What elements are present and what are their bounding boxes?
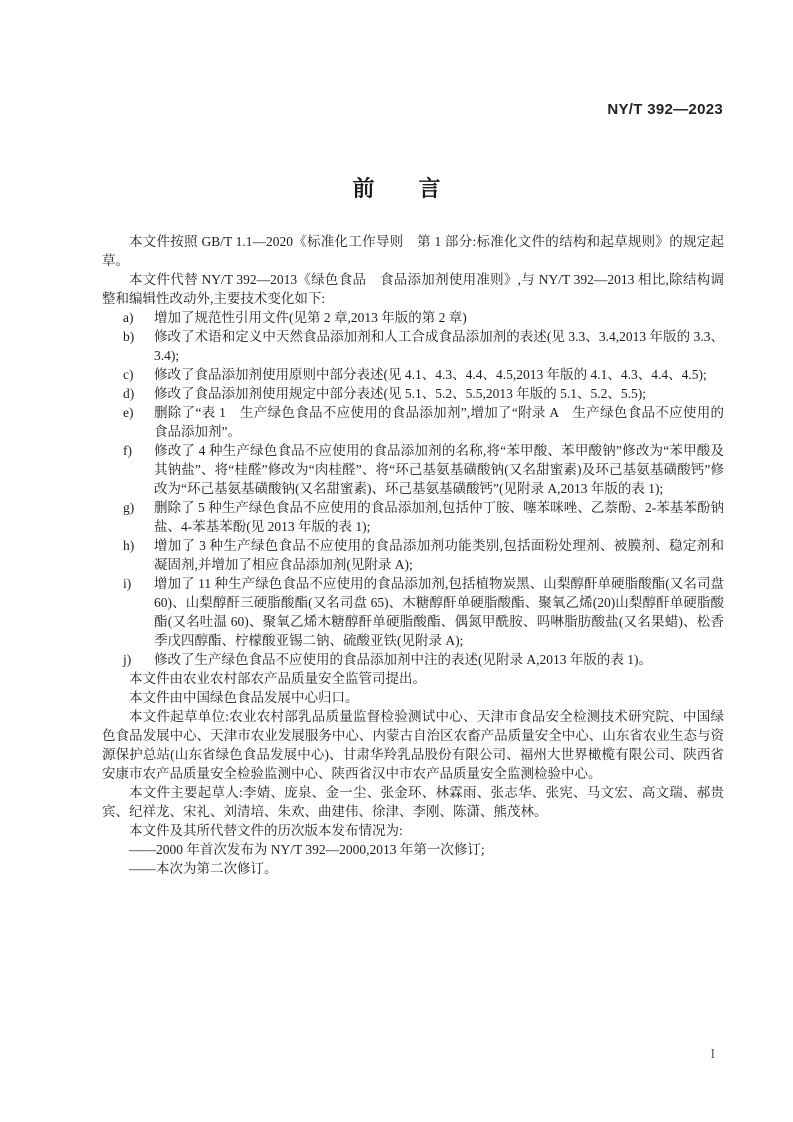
change-item-b: b) 修改了术语和定义中天然食品添加剂和人工合成食品添加剂的表述(见 3.3、3… bbox=[102, 327, 724, 365]
history-intro-paragraph: 本文件及其所代替文件的历次版本发布情况为: bbox=[102, 821, 724, 840]
change-item-marker: h) bbox=[123, 536, 134, 555]
change-item-text: 修改了食品添加剂使用规定中部分表述(见 5.1、5.2、5.5,2013 年版的… bbox=[154, 386, 646, 401]
change-item-text: 增加了 11 种生产绿色食品不应使用的食品添加剂,包括植物炭黑、山梨醇酐单硬脂酸… bbox=[154, 576, 724, 648]
centralized-by-paragraph: 本文件由中国绿色食品发展中心归口。 bbox=[102, 688, 724, 707]
proposed-by-paragraph: 本文件由农业农村部农产品质量安全监管司提出。 bbox=[102, 669, 724, 688]
document-page: NY/T 392—2023 前 言 本文件按照 GB/T 1.1—2020《标准… bbox=[0, 0, 793, 1122]
intro-paragraph: 本文件按照 GB/T 1.1—2020《标准化工作导则 第 1 部分:标准化文件… bbox=[102, 232, 724, 270]
change-item-a: a) 增加了规范性引用文件(见第 2 章,2013 年版的第 2 章) bbox=[102, 308, 724, 327]
change-item-marker: b) bbox=[123, 327, 134, 346]
change-item-h: h) 增加了 3 种生产绿色食品不应使用的食品添加剂功能类别,包括面粉处理剂、被… bbox=[102, 536, 724, 574]
change-item-f: f) 修改了 4 种生产绿色食品不应使用的食品添加剂的名称,将“苯甲酸、苯甲酸钠… bbox=[102, 441, 724, 498]
change-item-marker: j) bbox=[123, 650, 131, 669]
change-item-text: 删除了“表 1 生产绿色食品不应使用的食品添加剂”,增加了“附录 A 生产绿色食… bbox=[154, 405, 724, 439]
change-item-e: e) 删除了“表 1 生产绿色食品不应使用的食品添加剂”,增加了“附录 A 生产… bbox=[102, 403, 724, 441]
drafters-paragraph: 本文件主要起草人:李婧、庞泉、金一尘、张金环、林霖雨、张志华、张宪、马文宏、高文… bbox=[102, 783, 724, 821]
intro-paragraph: 本文件代替 NY/T 392—2013《绿色食品 食品添加剂使用准则》,与 NY… bbox=[102, 270, 724, 308]
change-item-text: 修改了生产绿色食品不应使用的食品添加剂中注的表述(见附录 A,2013 年版的表… bbox=[154, 652, 652, 667]
change-item-text: 修改了 4 种生产绿色食品不应使用的食品添加剂的名称,将“苯甲酸、苯甲酸钠”修改… bbox=[154, 443, 724, 496]
page-number: I bbox=[711, 1046, 716, 1062]
change-item-text: 删除了 5 种生产绿色食品不应使用的食品添加剂,包括仲丁胺、噻苯咪唑、乙萘酚、2… bbox=[154, 500, 724, 534]
change-item-d: d) 修改了食品添加剂使用规定中部分表述(见 5.1、5.2、5.5,2013 … bbox=[102, 384, 724, 403]
change-item-marker: e) bbox=[123, 403, 134, 422]
foreword-content: 本文件按照 GB/T 1.1—2020《标准化工作导则 第 1 部分:标准化文件… bbox=[102, 232, 724, 878]
change-item-marker: d) bbox=[123, 384, 134, 403]
history-item: ——本次为第二次修订。 bbox=[102, 859, 724, 878]
change-item-marker: f) bbox=[123, 441, 132, 460]
change-item-marker: a) bbox=[123, 308, 134, 327]
change-item-c: c) 修改了食品添加剂使用原则中部分表述(见 4.1、4.3、4.4、4.5,2… bbox=[102, 365, 724, 384]
change-item-marker: c) bbox=[123, 365, 134, 384]
standard-number: NY/T 392—2023 bbox=[607, 101, 723, 118]
change-item-text: 修改了食品添加剂使用原则中部分表述(见 4.1、4.3、4.4、4.5,2013… bbox=[154, 367, 707, 382]
change-item-marker: i) bbox=[123, 574, 131, 593]
change-item-text: 增加了规范性引用文件(见第 2 章,2013 年版的第 2 章) bbox=[154, 310, 467, 325]
change-item-marker: g) bbox=[123, 498, 134, 517]
history-item: ——2000 年首次发布为 NY/T 392—2000,2013 年第一次修订; bbox=[102, 840, 724, 859]
change-item-j: j) 修改了生产绿色食品不应使用的食品添加剂中注的表述(见附录 A,2013 年… bbox=[102, 650, 724, 669]
page-title: 前 言 bbox=[0, 172, 793, 203]
change-item-text: 增加了 3 种生产绿色食品不应使用的食品添加剂功能类别,包括面粉处理剂、被膜剂、… bbox=[154, 538, 724, 572]
change-item-i: i) 增加了 11 种生产绿色食品不应使用的食品添加剂,包括植物炭黑、山梨醇酐单… bbox=[102, 574, 724, 650]
change-item-g: g) 删除了 5 种生产绿色食品不应使用的食品添加剂,包括仲丁胺、噻苯咪唑、乙萘… bbox=[102, 498, 724, 536]
change-item-text: 修改了术语和定义中天然食品添加剂和人工合成食品添加剂的表述(见 3.3、3.4,… bbox=[154, 329, 724, 363]
drafting-organizations-paragraph: 本文件起草单位:农业农村部乳品质量监督检验测试中心、天津市食品安全检测技术研究院… bbox=[102, 707, 724, 783]
